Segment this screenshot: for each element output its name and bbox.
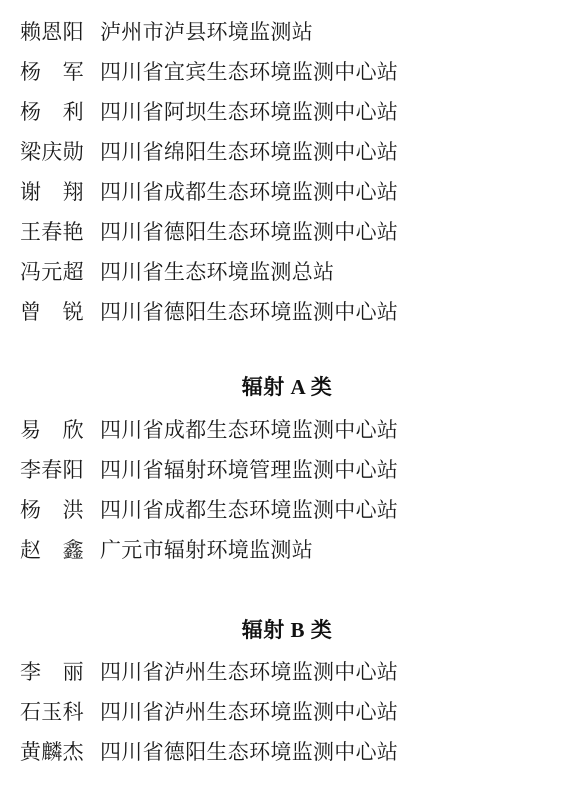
person-name: 李春阳 [20,450,84,490]
person-row: 杨 利 四川省阿坝生态环境监测中心站 [0,92,574,132]
person-organization: 四川省宜宾生态环境监测中心站 [100,52,398,92]
radiation-a-section: 辐射 A 类 易 欣 四川省成都生态环境监测中心站 李春阳 四川省辐射环境管理监… [0,367,574,570]
person-organization: 四川省成都生态环境监测中心站 [100,410,398,450]
person-name: 石玉科 [20,692,84,732]
person-list: 易 欣 四川省成都生态环境监测中心站 李春阳 四川省辐射环境管理监测中心站 杨 … [0,410,574,570]
person-row: 杨 军 四川省宜宾生态环境监测中心站 [0,52,574,92]
person-organization: 四川省德阳生态环境监测中心站 [100,212,398,252]
document-page: 赖恩阳 泸州市泸县环境监测站 杨 军 四川省宜宾生态环境监测中心站 杨 利 四川… [0,0,574,792]
person-name: 李 丽 [20,652,84,692]
radiation-a-section-title: 辐射 A 类 [0,367,574,407]
person-name: 王春艳 [20,212,84,252]
person-name: 杨 军 [20,52,84,92]
person-organization: 四川省辐射环境管理监测中心站 [100,450,398,490]
person-name: 梁庆勋 [20,132,84,172]
person-row: 赵 鑫 广元市辐射环境监测站 [0,530,574,570]
person-name: 谢 翔 [20,172,84,212]
person-organization: 四川省阿坝生态环境监测中心站 [100,92,398,132]
person-row: 李春阳 四川省辐射环境管理监测中心站 [0,450,574,490]
person-list: 李 丽 四川省泸州生态环境监测中心站 石玉科 四川省泸州生态环境监测中心站 黄麟… [0,652,574,772]
person-row: 梁庆勋 四川省绵阳生态环境监测中心站 [0,132,574,172]
person-row: 曾 锐 四川省德阳生态环境监测中心站 [0,292,574,332]
person-name: 杨 洪 [20,490,84,530]
person-organization: 广元市辐射环境监测站 [100,530,313,570]
person-organization: 四川省生态环境监测总站 [100,252,334,292]
person-name: 易 欣 [20,410,84,450]
person-organization: 泸州市泸县环境监测站 [100,12,313,52]
person-name: 冯元超 [20,252,84,292]
radiation-b-section-title: 辐射 B 类 [0,610,574,650]
person-row: 石玉科 四川省泸州生态环境监测中心站 [0,692,574,732]
person-row: 赖恩阳 泸州市泸县环境监测站 [0,12,574,52]
person-row: 杨 洪 四川省成都生态环境监测中心站 [0,490,574,530]
person-row: 易 欣 四川省成都生态环境监测中心站 [0,410,574,450]
person-name: 曾 锐 [20,292,84,332]
person-organization: 四川省绵阳生态环境监测中心站 [100,132,398,172]
person-organization: 四川省成都生态环境监测中心站 [100,172,398,212]
person-row: 冯元超 四川省生态环境监测总站 [0,252,574,292]
person-row: 李 丽 四川省泸州生态环境监测中心站 [0,652,574,692]
person-name: 黄麟杰 [20,732,84,772]
person-organization: 四川省泸州生态环境监测中心站 [100,692,398,732]
person-organization: 四川省泸州生态环境监测中心站 [100,652,398,692]
person-organization: 四川省成都生态环境监测中心站 [100,490,398,530]
person-list: 赖恩阳 泸州市泸县环境监测站 杨 军 四川省宜宾生态环境监测中心站 杨 利 四川… [0,12,574,332]
award-list-section-continued: 赖恩阳 泸州市泸县环境监测站 杨 军 四川省宜宾生态环境监测中心站 杨 利 四川… [0,12,574,332]
person-name: 赖恩阳 [20,12,84,52]
person-row: 王春艳 四川省德阳生态环境监测中心站 [0,212,574,252]
person-organization: 四川省德阳生态环境监测中心站 [100,292,398,332]
person-name: 赵 鑫 [20,530,84,570]
person-organization: 四川省德阳生态环境监测中心站 [100,732,398,772]
person-row: 谢 翔 四川省成都生态环境监测中心站 [0,172,574,212]
person-name: 杨 利 [20,92,84,132]
person-row: 黄麟杰 四川省德阳生态环境监测中心站 [0,732,574,772]
radiation-b-section: 辐射 B 类 李 丽 四川省泸州生态环境监测中心站 石玉科 四川省泸州生态环境监… [0,610,574,772]
